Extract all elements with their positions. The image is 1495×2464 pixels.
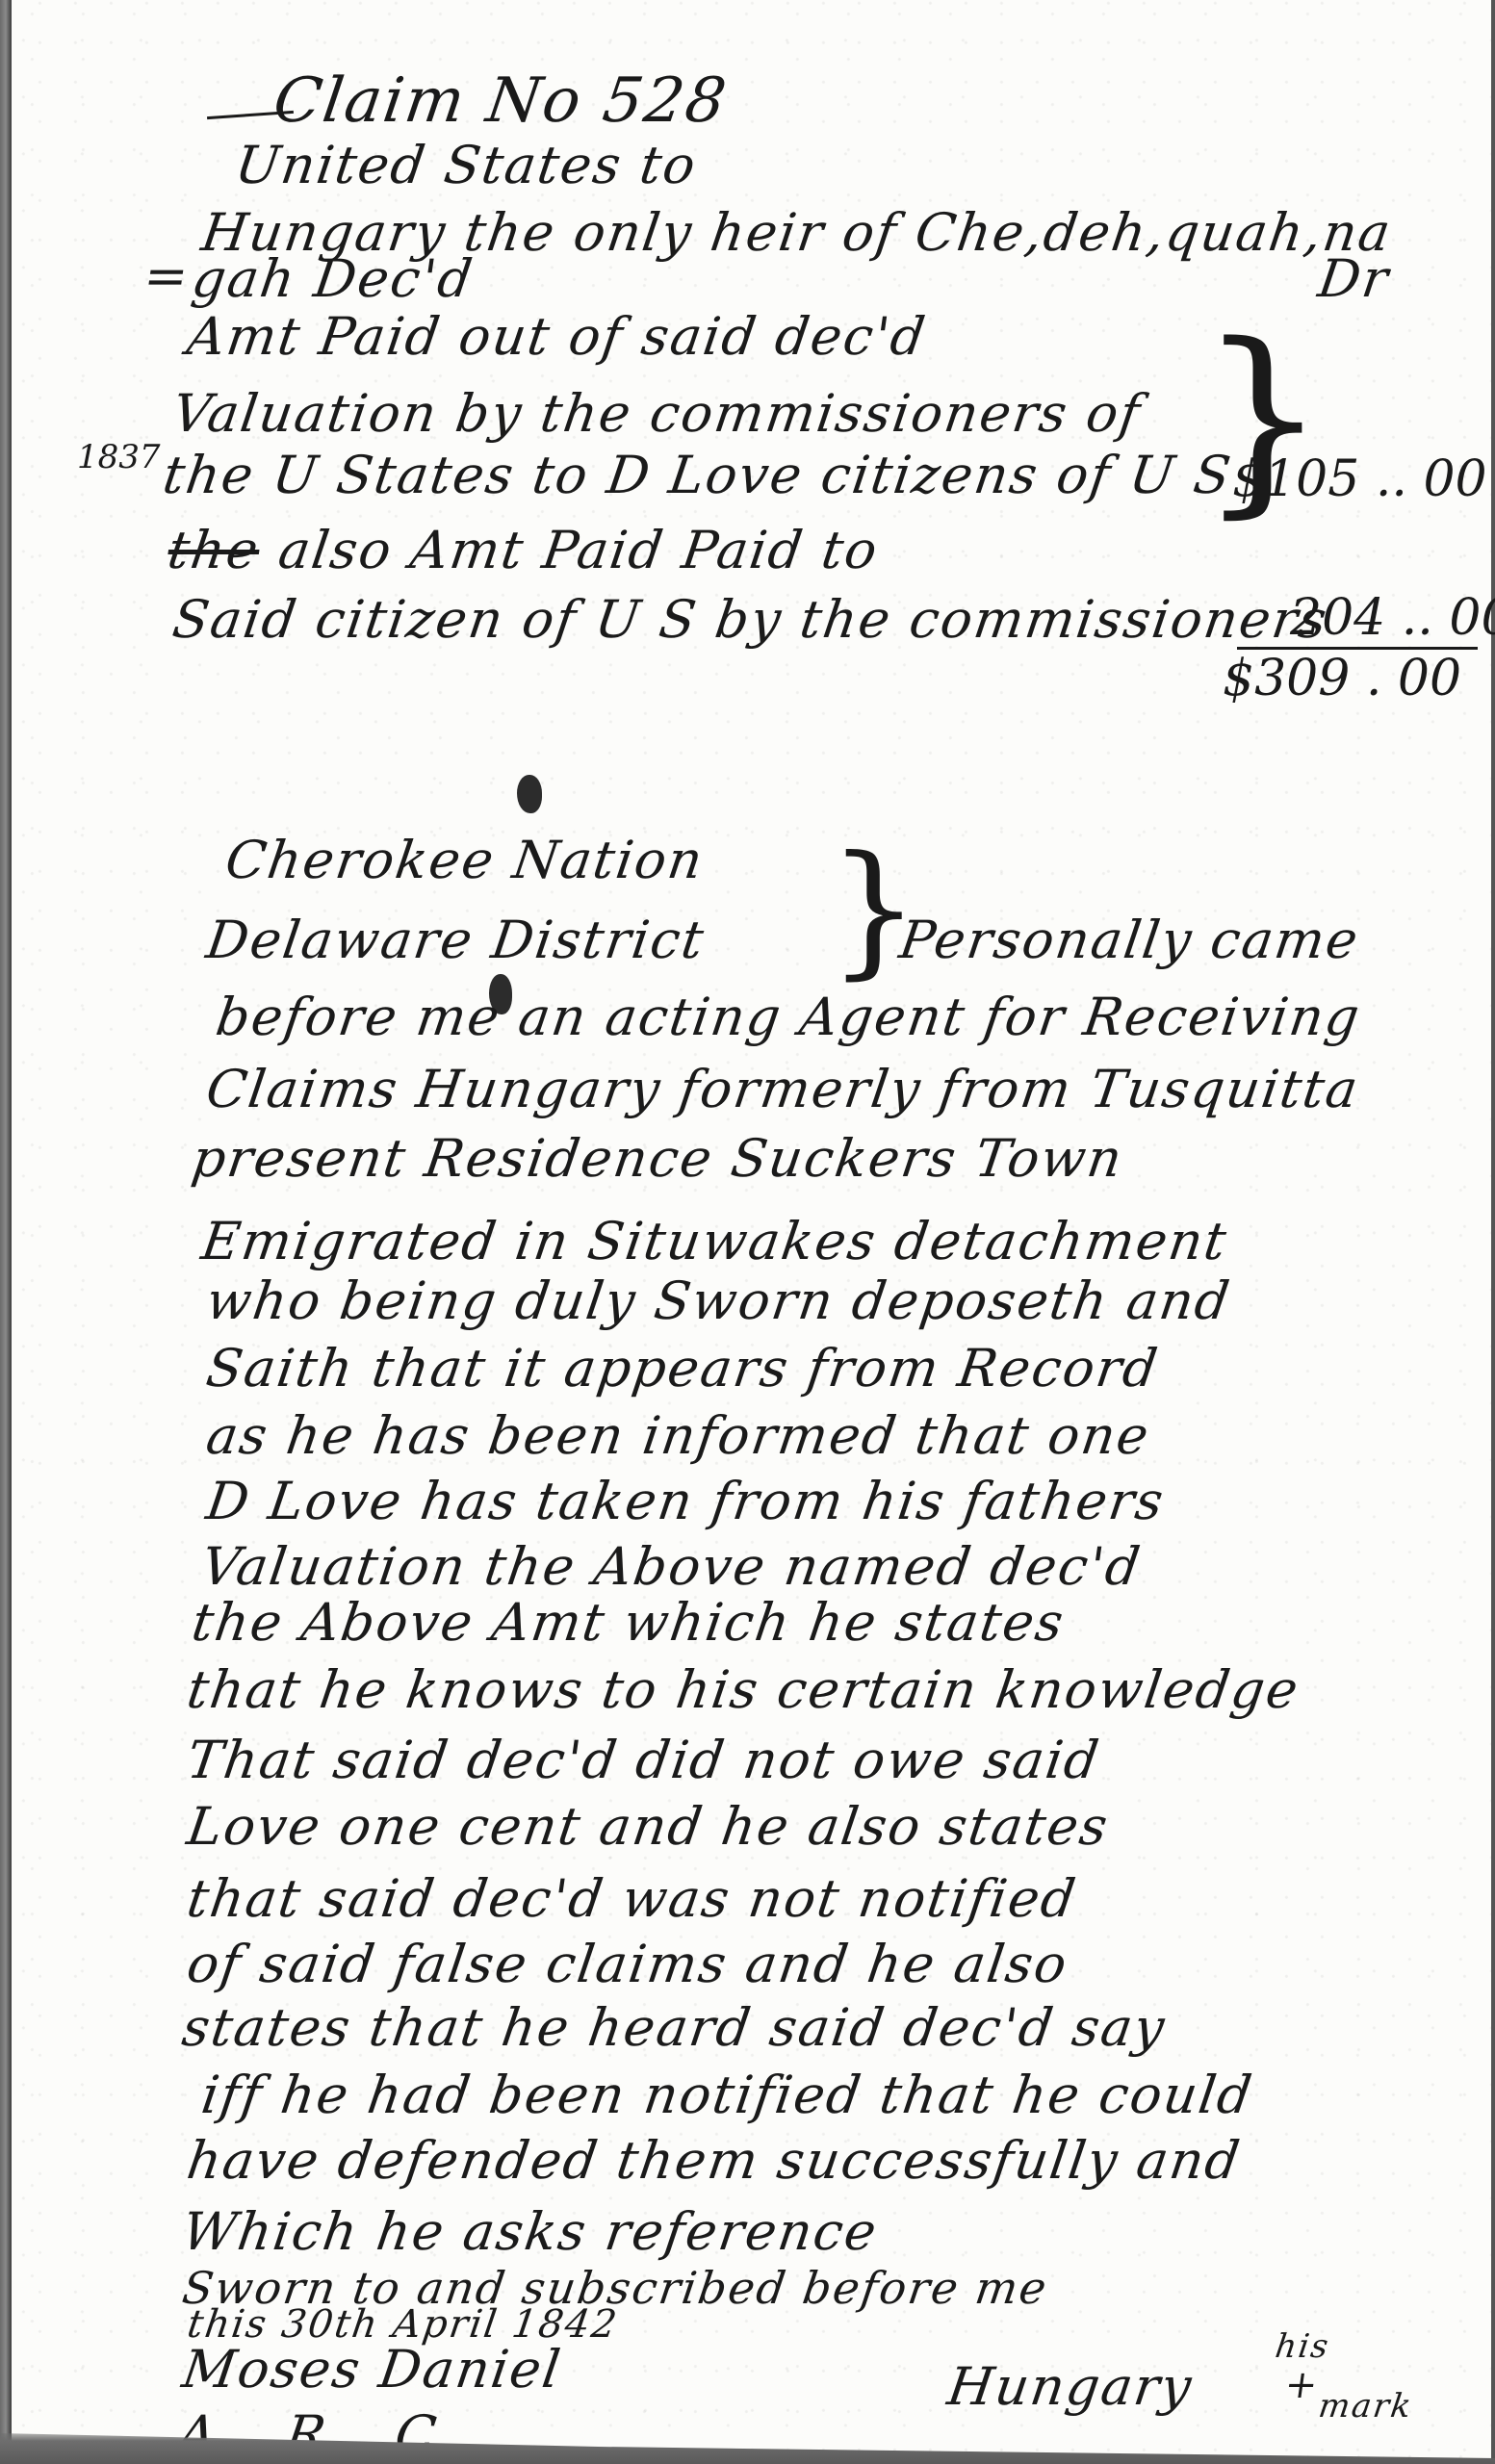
deposition-line-9: Valuation the Above named dec'd — [198, 1536, 1146, 1597]
deposition-line-10: the Above Amt which he states — [189, 1592, 1070, 1653]
deposition-line-5: who being duly Sworn deposeth and — [203, 1270, 1235, 1331]
deposition-line-6: Saith that it appears from Record — [203, 1338, 1163, 1399]
struck-word: the — [165, 520, 264, 580]
page-right-edge — [1491, 0, 1495, 2464]
amount-total: $309 . 00 — [1223, 650, 1461, 707]
account-line-4: also Amt Paid Paid to — [275, 520, 883, 580]
claim-title: Claim No 528 — [270, 65, 733, 137]
deposition-line-1: before me an acting Agent for Receiving — [213, 987, 1365, 1047]
deposition-line-16: states that he heard said dec'd say — [179, 1997, 1171, 2058]
signatory-name: Hungary — [944, 2356, 1198, 2417]
account-line-3: the U States to D Love citizens of U S — [160, 445, 1236, 505]
page-binding-edge — [0, 0, 12, 2464]
document-page: Claim No 528 United States to Hungary th… — [0, 0, 1495, 2464]
deposition-line-12: That said dec'd did not owe said — [184, 1730, 1104, 1790]
signature-his: his — [1273, 2327, 1332, 2366]
header-united-states: United States to — [232, 135, 701, 195]
deposition-line-4: Emigrated in Situwakes detachment — [198, 1211, 1232, 1271]
deposition-line-8: D Love has taken from his fathers — [203, 1471, 1169, 1531]
amount-2: 204 .. 00 — [1290, 589, 1495, 647]
deposition-line-13: Love one cent and he also states — [184, 1796, 1114, 1857]
witness-name: Moses Daniel — [179, 2339, 566, 2400]
deposition-heading-nation: Cherokee Nation — [222, 830, 709, 890]
deposition-line-3: present Residence Suckers Town — [189, 1128, 1127, 1189]
ink-blot — [517, 775, 542, 813]
deposition-line-17: iff he had been notified that he could — [198, 2065, 1257, 2125]
deposition-heading-district: Delaware District — [203, 910, 709, 970]
signature-mark-label: mark — [1316, 2387, 1415, 2425]
header-decd-line: gah Dec'd — [189, 248, 477, 309]
deposition-line-2: Claims Hungary formerly from Tusquitta — [203, 1059, 1364, 1119]
account-line-2: Valuation by the commissioners of — [169, 383, 1146, 444]
account-line-5: Said citizen of U S by the commissioners — [169, 589, 1332, 650]
deposition-line-15: of said false claims and he also — [184, 1934, 1072, 1994]
header-equals-mark: = — [141, 245, 194, 306]
amount-1: $105 .. 00 — [1232, 450, 1487, 508]
signature-x-mark: + — [1282, 2363, 1323, 2407]
deposition-line-18: have defended them successfully and — [184, 2130, 1246, 2191]
account-line-1: Amt Paid out of said dec'd — [184, 306, 931, 367]
deposition-line-19: Which he asks reference — [179, 2201, 882, 2262]
deposition-line-11: that he knows to his certain knowledge — [184, 1659, 1303, 1720]
deposition-line-7: as he has been informed that one — [203, 1405, 1154, 1466]
margin-year: 1837 — [77, 438, 161, 476]
deposition-personally-came: Personally came — [896, 910, 1364, 970]
deposition-line-14: that said dec'd was not notified — [184, 1868, 1081, 1929]
